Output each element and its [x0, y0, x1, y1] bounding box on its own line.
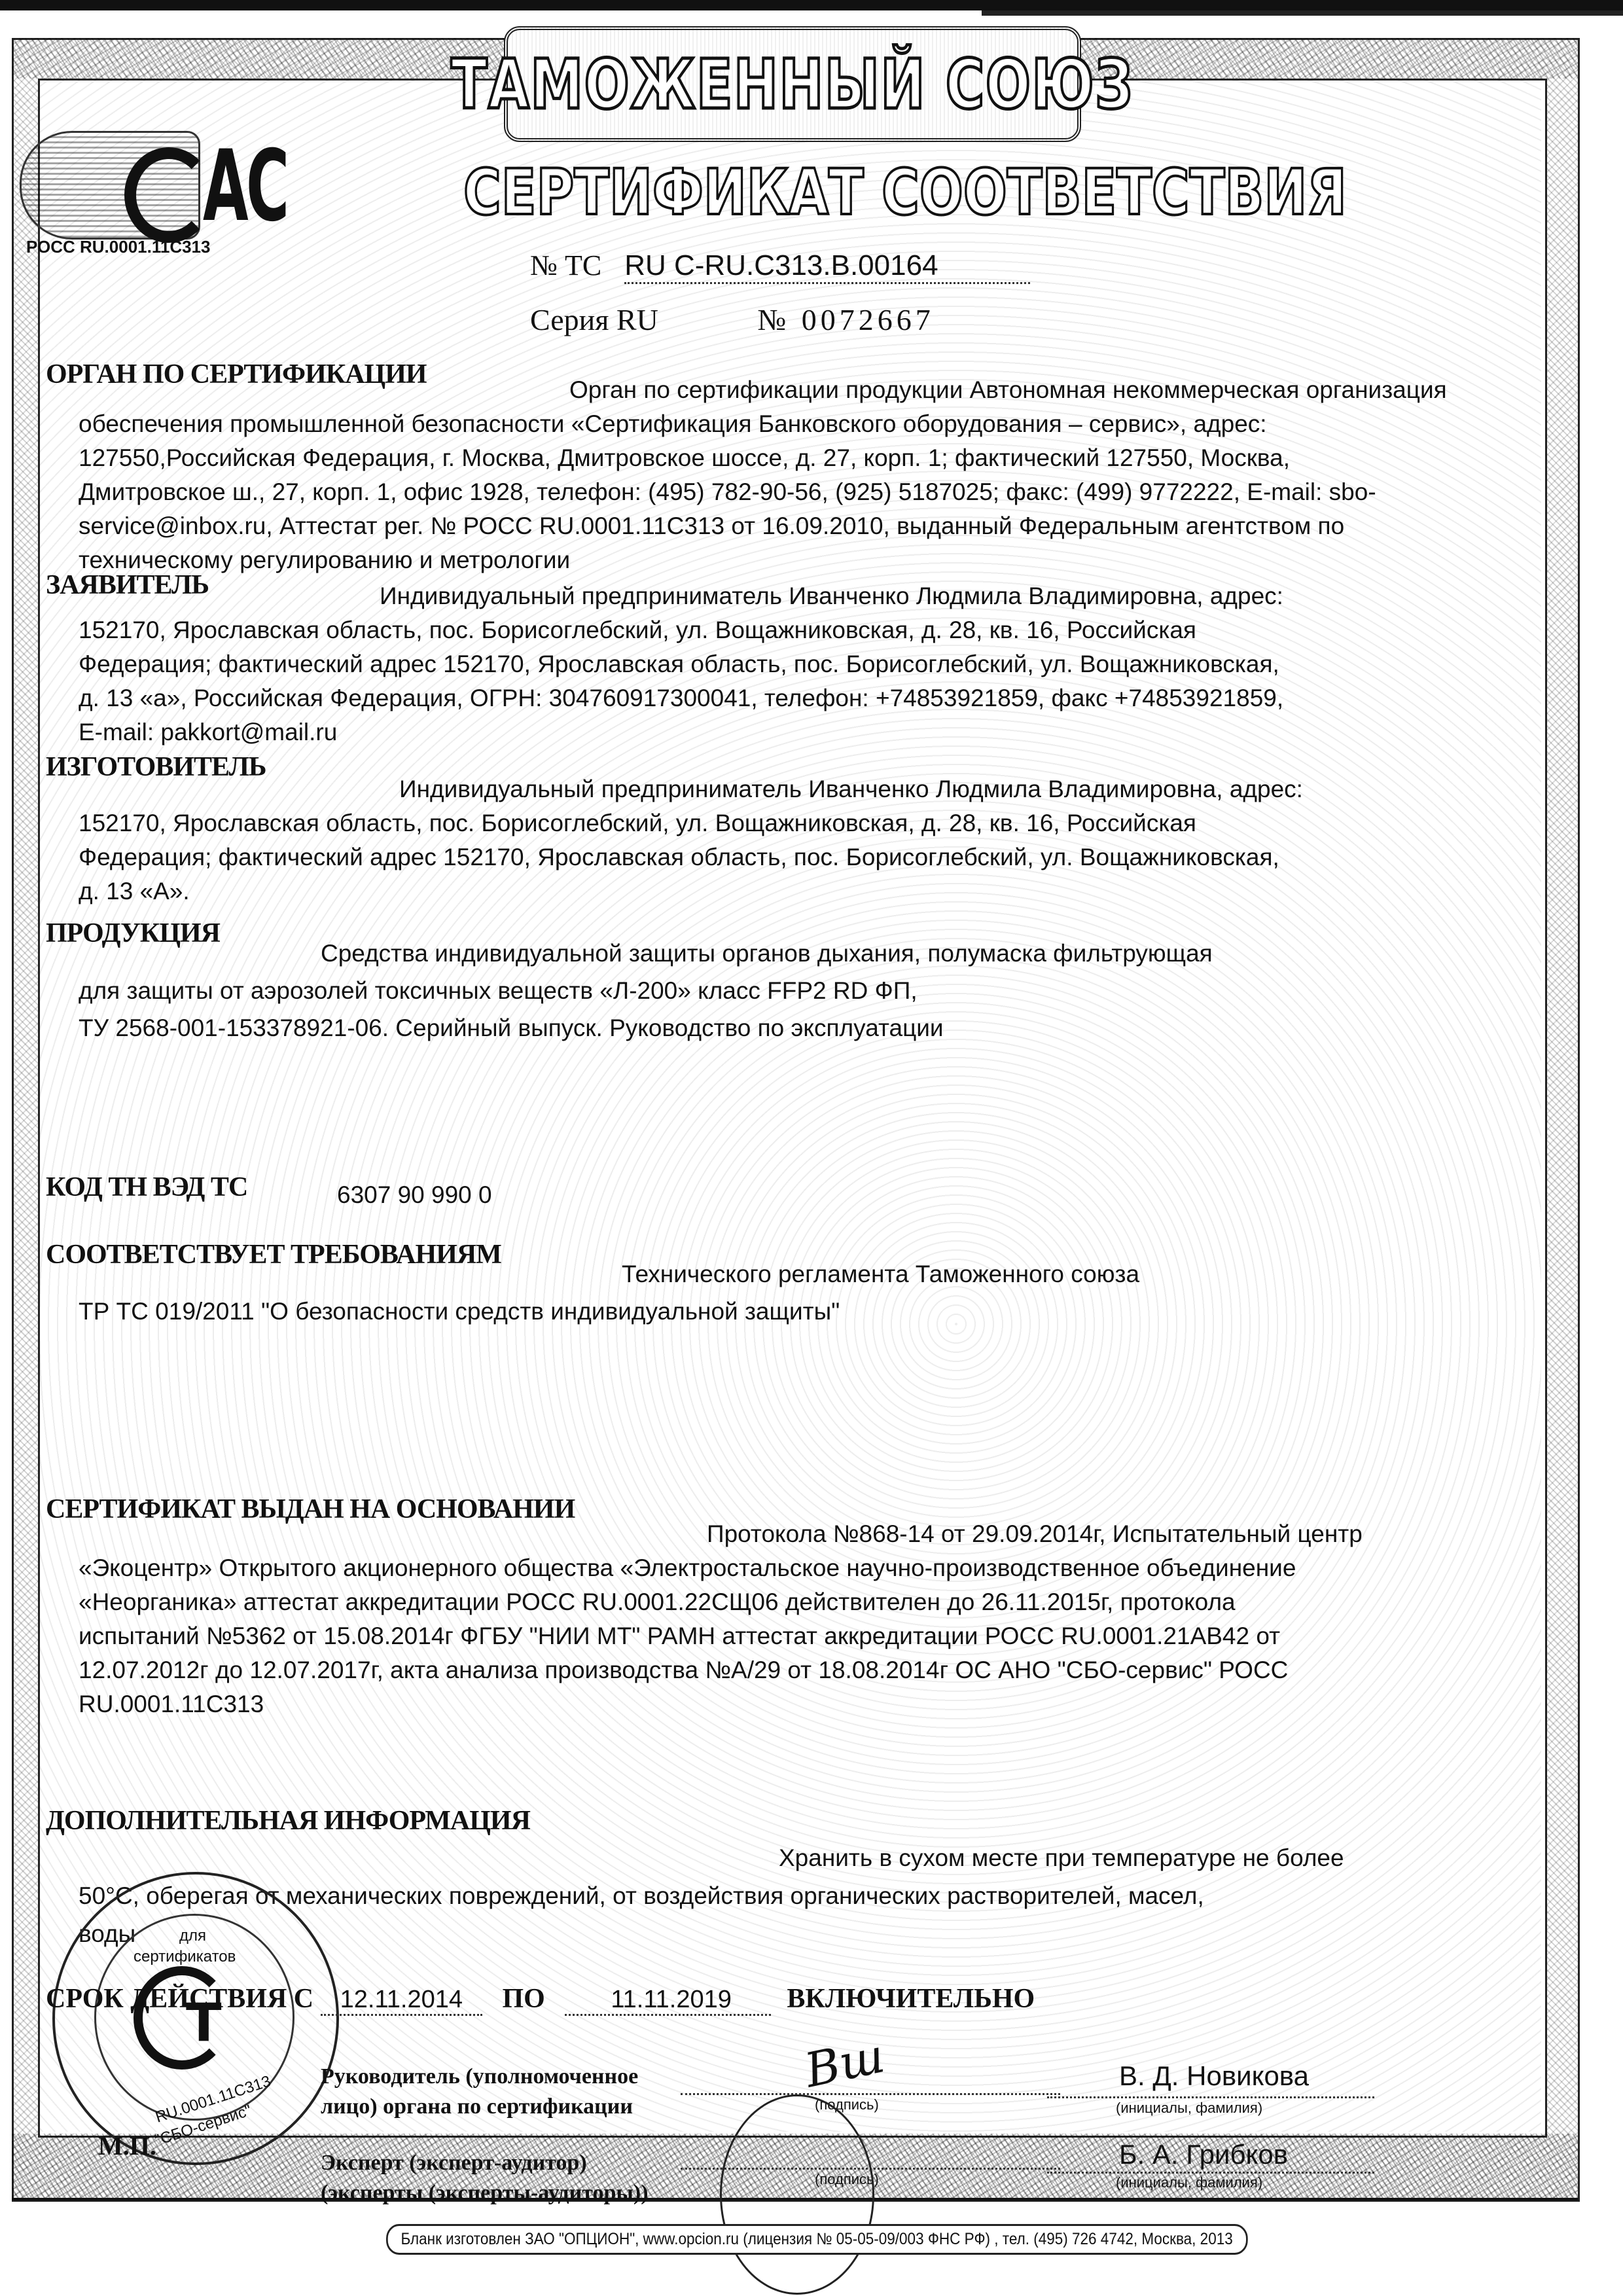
text-applicant: Индивидуальный предприниматель Иванченко…	[79, 579, 1512, 749]
validity-from-label: СРОК ДЕЙСТВИЯ С	[46, 1984, 313, 2014]
validity-to-date: 11.11.2019	[565, 1986, 771, 2016]
logo-reg-number: РОСС RU.0001.11C313	[26, 237, 210, 257]
label-hs-code: КОД ТН ВЭД ТС	[46, 1172, 247, 1203]
series-value: № 0072667	[757, 303, 934, 336]
series-label: Серия RU	[530, 303, 658, 336]
seal-text-top: для	[179, 1927, 206, 1945]
text-certification-body: Орган по сертификации продукции Автономн…	[79, 373, 1512, 577]
form-printer-footer: Бланк изготовлен ЗАО "ОПЦИОН", www.opcio…	[386, 2224, 1247, 2255]
series-number: Серия RU № 0072667	[530, 302, 935, 337]
text-conforms: Технического регламента Таможенного союз…	[79, 1255, 1512, 1330]
scan-edge	[0, 0, 1623, 10]
cert-no-value: RU C-RU.C313.B.00164	[624, 249, 1029, 284]
cert-no-label: № ТС	[530, 249, 601, 281]
label-additional-info: ДОПОЛНИТЕЛЬНАЯ ИНФОРМАЦИЯ	[46, 1805, 530, 1837]
customs-union-banner: ТАМОЖЕННЫЙ СОЮЗ	[504, 26, 1081, 142]
text-basis: Протокола №868-14 от 29.09.2014г, Испыта…	[79, 1517, 1518, 1721]
document-title: СЕРТИФИКАТ СООТВЕТСТВИЯ	[463, 156, 1107, 229]
hs-code-value: 6307 90 990 0	[337, 1178, 492, 1212]
head-name-line	[1047, 2096, 1374, 2098]
expert-name: Б. А. Грибков	[1119, 2139, 1288, 2170]
expert-name-line	[1047, 2172, 1374, 2174]
certificate-number: № ТС RU C-RU.C313.B.00164	[530, 249, 1030, 284]
c-mark-icon	[124, 147, 213, 243]
expert-role: Эксперт (эксперт-аудитор) (эксперты (экс…	[321, 2148, 649, 2208]
validity-to-label: ПО	[503, 1984, 545, 2014]
validity-from-date: 12.11.2014	[321, 1986, 482, 2016]
eac-mark: РОСС RU.0001.11C313 AC	[13, 131, 288, 249]
eac-letters: AC	[203, 137, 287, 236]
signature-loop-icon	[720, 2094, 874, 2295]
head-name-caption: (инициалы, фамилия)	[1116, 2100, 1262, 2117]
banner-text: ТАМОЖЕННЫЙ СОЮЗ	[451, 45, 1133, 124]
round-seal: T для сертификатов "СБО-сервис" RU.0001.…	[52, 1872, 339, 2165]
validity-period: СРОК ДЕЙСТВИЯ С 12.11.2014 ПО 11.11.2019…	[46, 1983, 1035, 2016]
scan-edge	[982, 10, 1623, 16]
expert-name-caption: (инициалы, фамилия)	[1116, 2174, 1262, 2191]
head-role: Руководитель (уполномоченное лицо) орган…	[321, 2062, 638, 2122]
head-name: В. Д. Новикова	[1119, 2060, 1309, 2092]
text-product: Средства индивидуальной защиты органов д…	[79, 935, 1512, 1047]
validity-inclusive: ВКЛЮЧИТЕЛЬНО	[787, 1984, 1035, 2014]
seal-text-mid: сертификатов	[134, 1948, 236, 1966]
seal-place-mark: М.П.	[98, 2130, 156, 2161]
head-signature-line	[681, 2093, 1060, 2095]
text-manufacturer: Индивидуальный предприниматель Иванченко…	[79, 772, 1512, 908]
